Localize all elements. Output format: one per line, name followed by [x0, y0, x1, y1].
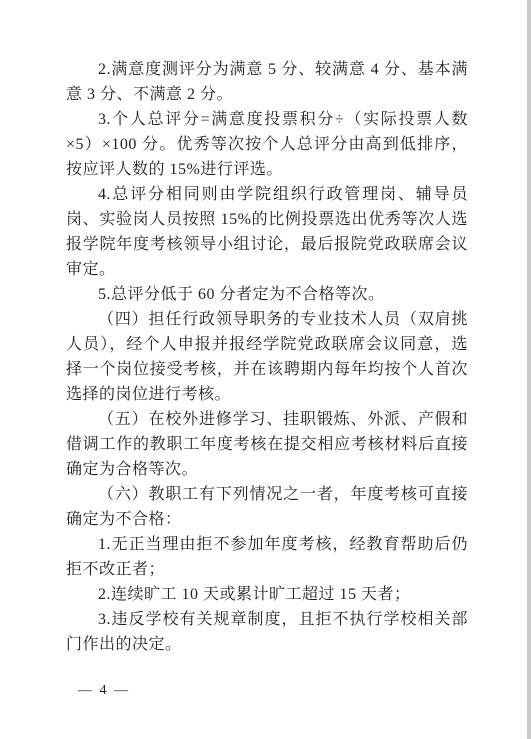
paragraph-item-5-off-campus-staff: （五）在校外进修学习、挂职锻炼、外派、产假和借调工作的教职工年度考核在提交相应考…: [66, 407, 468, 482]
document-page: 2.满意度测评分为满意 5 分、较满意 4 分、基本满意 3 分、不满意 2 分…: [0, 0, 531, 739]
paragraph-tie-breaking-vote: 4.总评分相同则由学院组织行政管理岗、辅导员岗、实验岗人员按照 15%的比例投票…: [66, 182, 468, 282]
paragraph-item-6-direct-fail-intro: （六）教职工有下列情况之一者，年度考核可直接确定为不合格：: [66, 482, 468, 532]
paragraph-fail-condition-2: 2.连续旷工 10 天或累计旷工超过 15 天者；: [66, 582, 468, 607]
paragraph-total-score-formula: 3.个人总评分=满意度投票积分÷（实际投票人数×5）×100 分。优秀等次按个人…: [66, 107, 468, 182]
paragraph-satisfaction-score-scale: 2.满意度测评分为满意 5 分、较满意 4 分、基本满意 3 分、不满意 2 分…: [66, 57, 468, 107]
paragraph-fail-threshold: 5.总评分低于 60 分者定为不合格等次。: [66, 282, 468, 307]
document-body: 2.满意度测评分为满意 5 分、较满意 4 分、基本满意 3 分、不满意 2 分…: [66, 57, 468, 657]
paragraph-fail-condition-3: 3.违反学校有关规章制度，且拒不执行学校相关部门作出的决定。: [66, 607, 468, 657]
paragraph-item-4-dual-role-staff: （四）担任行政领导职务的专业技术人员（双肩挑人员），经个人申报并报经学院党政联席…: [66, 307, 468, 407]
page-right-edge-strip: [527, 0, 531, 739]
page-number: — 4 —: [78, 681, 130, 701]
paragraph-fail-condition-1: 1.无正当理由拒不参加年度考核，经教育帮助后仍拒不改正者；: [66, 532, 468, 582]
